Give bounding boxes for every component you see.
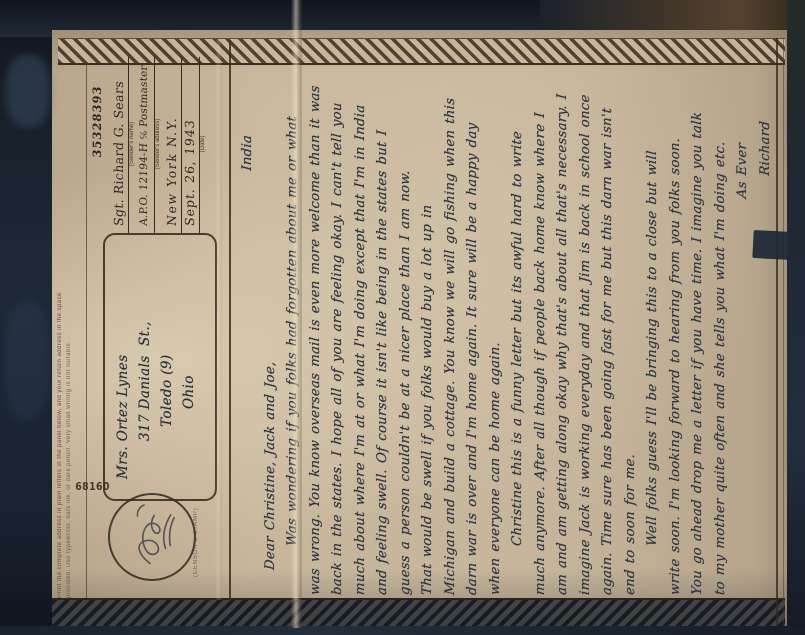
censor-stamp (108, 493, 196, 581)
letter-line: much anymore. After all though if people… (530, 62, 553, 599)
letter-salutation: Dear Christine, Jack and Joe, (260, 62, 283, 599)
sender-name-label: (Sender's name) (129, 56, 138, 232)
sender-address-label: (Sender's address) (155, 56, 164, 232)
letter-line: back in the states. I hope all of you ar… (327, 62, 350, 599)
sender-city: New York N.Y. (164, 55, 182, 233)
letter-line: Christine this is a funny letter but its… (507, 62, 530, 599)
letter-line: Michigan and build a cottage. You know w… (440, 62, 463, 599)
letter-line: when everyone can be home again. (485, 62, 508, 599)
date-label: (Date) (200, 56, 209, 232)
vmail-form: Print the complete address in plain lett… (52, 30, 787, 628)
photo-streak (6, 55, 50, 127)
instruction-line: Print the complete address in plain lett… (56, 60, 65, 598)
letter-line: and feeling swell. Of course it isn't li… (372, 62, 395, 599)
letter-line: Well folks guess I'll be bringing this t… (642, 62, 665, 599)
photo-streak (4, 300, 50, 420)
letter-line: am and am getting along okay why that's … (552, 62, 575, 599)
recipient-street: 317 Danials St., (134, 255, 156, 487)
letter-signature: Richard (755, 62, 778, 599)
letter-line: much about where I'm at or what I'm doin… (350, 62, 373, 599)
instruction-line: provided. Use typewriter, dark ink, or d… (65, 60, 74, 598)
recipient-city: Toledo (9) (156, 255, 178, 487)
paper-crease (291, 0, 302, 628)
sender-name: Sgt. Richard G. Sears (111, 55, 129, 233)
censor-signature-scribble (110, 495, 190, 575)
form-side-serial: 68160 (75, 480, 101, 498)
censor-stamp-label: (CENSOR'S STAMP) (193, 491, 205, 577)
recipient-state: Ohio (178, 255, 200, 487)
letter-line: again. Time sure has been going fast for… (597, 62, 620, 599)
letter-line: to my mother quite often and she tells y… (710, 62, 733, 599)
letter-line: guess a person couldn't be at a nicer pl… (395, 62, 418, 599)
recipient-address: Mrs. Ortez Lynes 317 Danials St., Toledo… (112, 255, 204, 487)
photo-edge-bottom (0, 626, 805, 635)
sender-block: 35328393 Sgt. Richard G. Sears (Sender's… (90, 56, 230, 232)
letter-signoff: As Ever (732, 62, 755, 599)
sender-address: A.P.O. 12194-H ℅ Postmaster (138, 55, 155, 233)
vmail-photo-scan: Print the complete address in plain lett… (0, 0, 805, 635)
letter-line: That would be swell if you folks would b… (417, 62, 440, 599)
letter-line: end to soon for me. (620, 62, 643, 599)
letter-line: darn war is over and I'm home again. It … (462, 62, 485, 599)
paper-crease-faint (215, 40, 222, 600)
letter-heading-place: India (237, 62, 260, 599)
sender-serial-number: 35328393 (90, 55, 111, 233)
letter-line: You go ahead drop me a letter if you hav… (687, 62, 710, 599)
letter-line: imagine Jack is working everyday and tha… (575, 62, 598, 599)
letter-line: write soon. I'm looking forward to heari… (665, 62, 688, 599)
photo-edge-right (787, 0, 805, 635)
letter-body: IndiaDear Christine, Jack and Joe,Was wo… (237, 63, 777, 598)
recipient-name: Mrs. Ortez Lynes (112, 255, 134, 487)
letter-line: was wrong. You know overseas mail is eve… (305, 62, 328, 599)
letter-lines: IndiaDear Christine, Jack and Joe,Was wo… (237, 63, 777, 598)
letter-date: Sept. 26, 1943 (182, 55, 200, 233)
form-edge-rule-inner (783, 38, 784, 626)
